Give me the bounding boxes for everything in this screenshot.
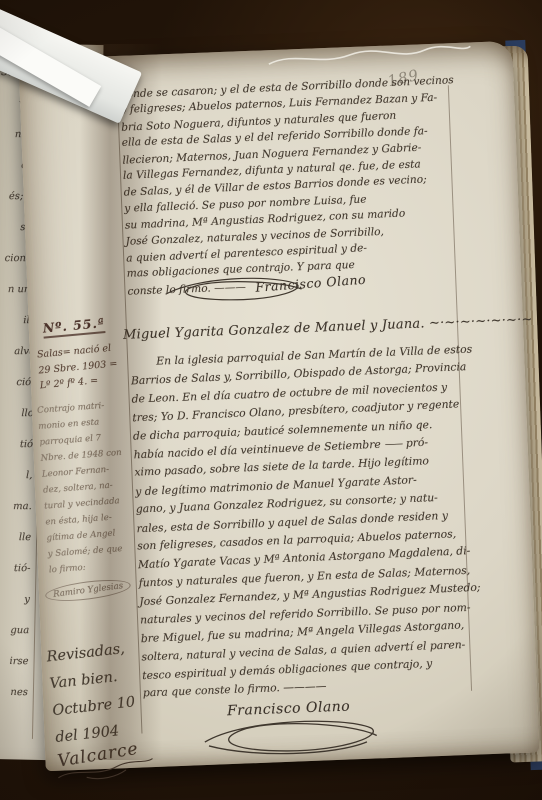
margin-record-number: Nº. 55.ª <box>42 315 106 339</box>
previous-record-text: donde se casaron; y el de esta de Sorrib… <box>120 73 463 283</box>
handwritten-line: y <box>0 584 30 615</box>
handwritten-line: gua <box>0 615 29 646</box>
margin-marriage-signature: Ramiro Yglesias <box>44 576 132 605</box>
margin-marriage-note: Contrajo matri-monio en estaparroquia el… <box>37 396 138 578</box>
signature-flourish <box>157 273 308 309</box>
handwritten-line: tió <box>0 429 33 460</box>
record-signature-block: Francisco Olano <box>193 694 385 762</box>
register-page: 189 donde se casaron; y el de esta de So… <box>19 41 540 771</box>
handwritten-line: llo <box>0 398 34 429</box>
margin-birth-note: Salas= nació el29 Sbre. 1903 =Lº 2º fº 4… <box>36 340 126 394</box>
handwritten-line: l, <box>0 460 33 491</box>
photo-background: { "page": { "number": "189" }, "colors":… <box>0 0 542 800</box>
handwritten-line: nes <box>0 677 28 708</box>
thread <box>264 38 475 74</box>
handwritten-line: ma. <box>0 491 32 522</box>
signature-flourish <box>194 713 385 762</box>
record-body-text: En la iglesia parroquial de San Martín d… <box>130 341 477 703</box>
handwritten-line: ció, <box>0 367 34 398</box>
margin-review-note: Revisadas,Van bien.Octubre 10del 1904 <box>45 634 150 752</box>
handwritten-line: lle <box>0 522 31 553</box>
handwritten-line: tió- <box>0 553 31 584</box>
record-heading: Miguel Ygarita Gonzalez de Manuel y Juan… <box>123 315 467 343</box>
handwritten-line: irse <box>0 646 29 677</box>
